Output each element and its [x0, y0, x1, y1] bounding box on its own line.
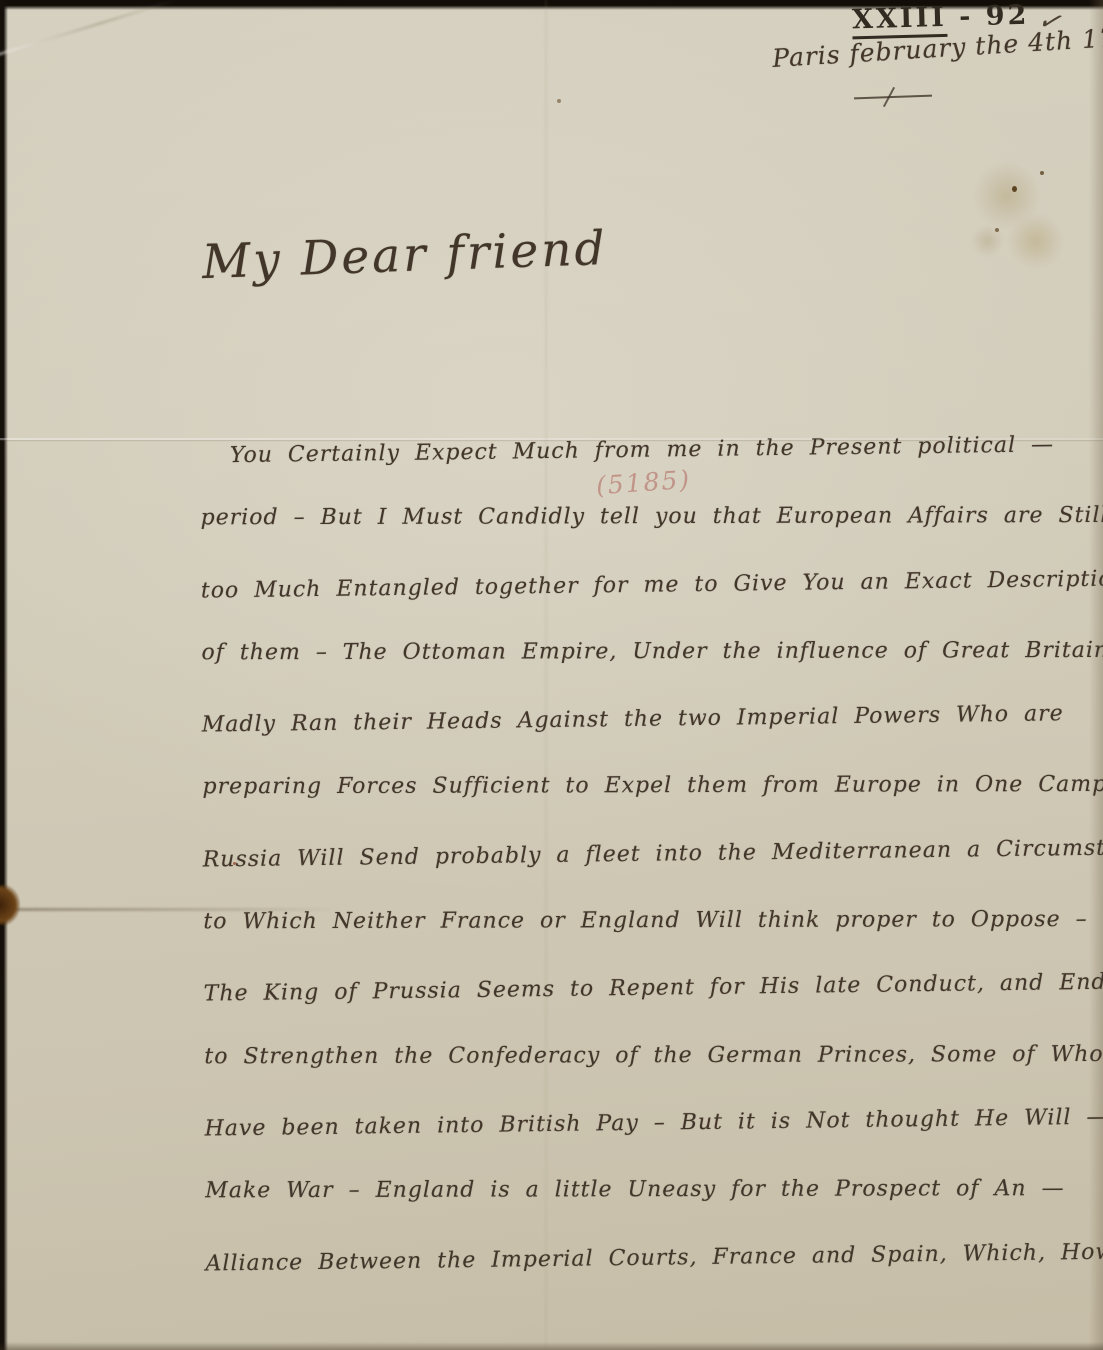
salutation: My Dear friend — [201, 221, 608, 290]
seal-burn-mark — [0, 884, 20, 926]
letter-page: XXIII - 92 ✓ Paris february the 4th 1788… — [0, 0, 1103, 1350]
letter-line: You Certainly Expect Much from me in the… — [200, 430, 1103, 510]
letter-body: You Certainly Expect Much from me in the… — [200, 434, 1103, 1316]
letter-line: Madly Ran their Heads Against the two Im… — [202, 700, 1103, 780]
scan-edge-bottom — [0, 1342, 1103, 1350]
letter-line: to Which Neither France or England Will … — [203, 907, 1103, 977]
ink-speck — [995, 228, 999, 232]
letter-line: Have been taken into British Pay – But i… — [204, 1103, 1103, 1183]
letter-line: The King of Prussia Seems to Repent for … — [204, 969, 1103, 1049]
catalog-suffix: - 92 — [959, 0, 1030, 33]
ink-speck — [1040, 171, 1044, 175]
letter-line: Russia Will Send probably a fleet into t… — [203, 834, 1103, 914]
letter-line: preparing Forces Sufficient to Expel the… — [202, 772, 1103, 842]
letter-line: too Much Entangled together for me to Gi… — [201, 565, 1103, 645]
letter-line: period – But I Must Candidly tell you th… — [201, 503, 1103, 573]
ink-speck — [1012, 186, 1017, 192]
scan-edge-left — [0, 0, 8, 1350]
letter-line: Alliance Between the Imperial Courts, Fr… — [205, 1238, 1103, 1318]
ink-speck — [557, 99, 561, 103]
letter-line: Make War – England is a little Uneasy fo… — [205, 1176, 1103, 1246]
paper-stain — [955, 150, 1085, 280]
letter-line: to Strengthen the Confederacy of the Ger… — [204, 1041, 1103, 1111]
letter-line: of them – The Ottoman Empire, Under the … — [202, 638, 1103, 708]
dateline-flourish — [854, 95, 932, 100]
